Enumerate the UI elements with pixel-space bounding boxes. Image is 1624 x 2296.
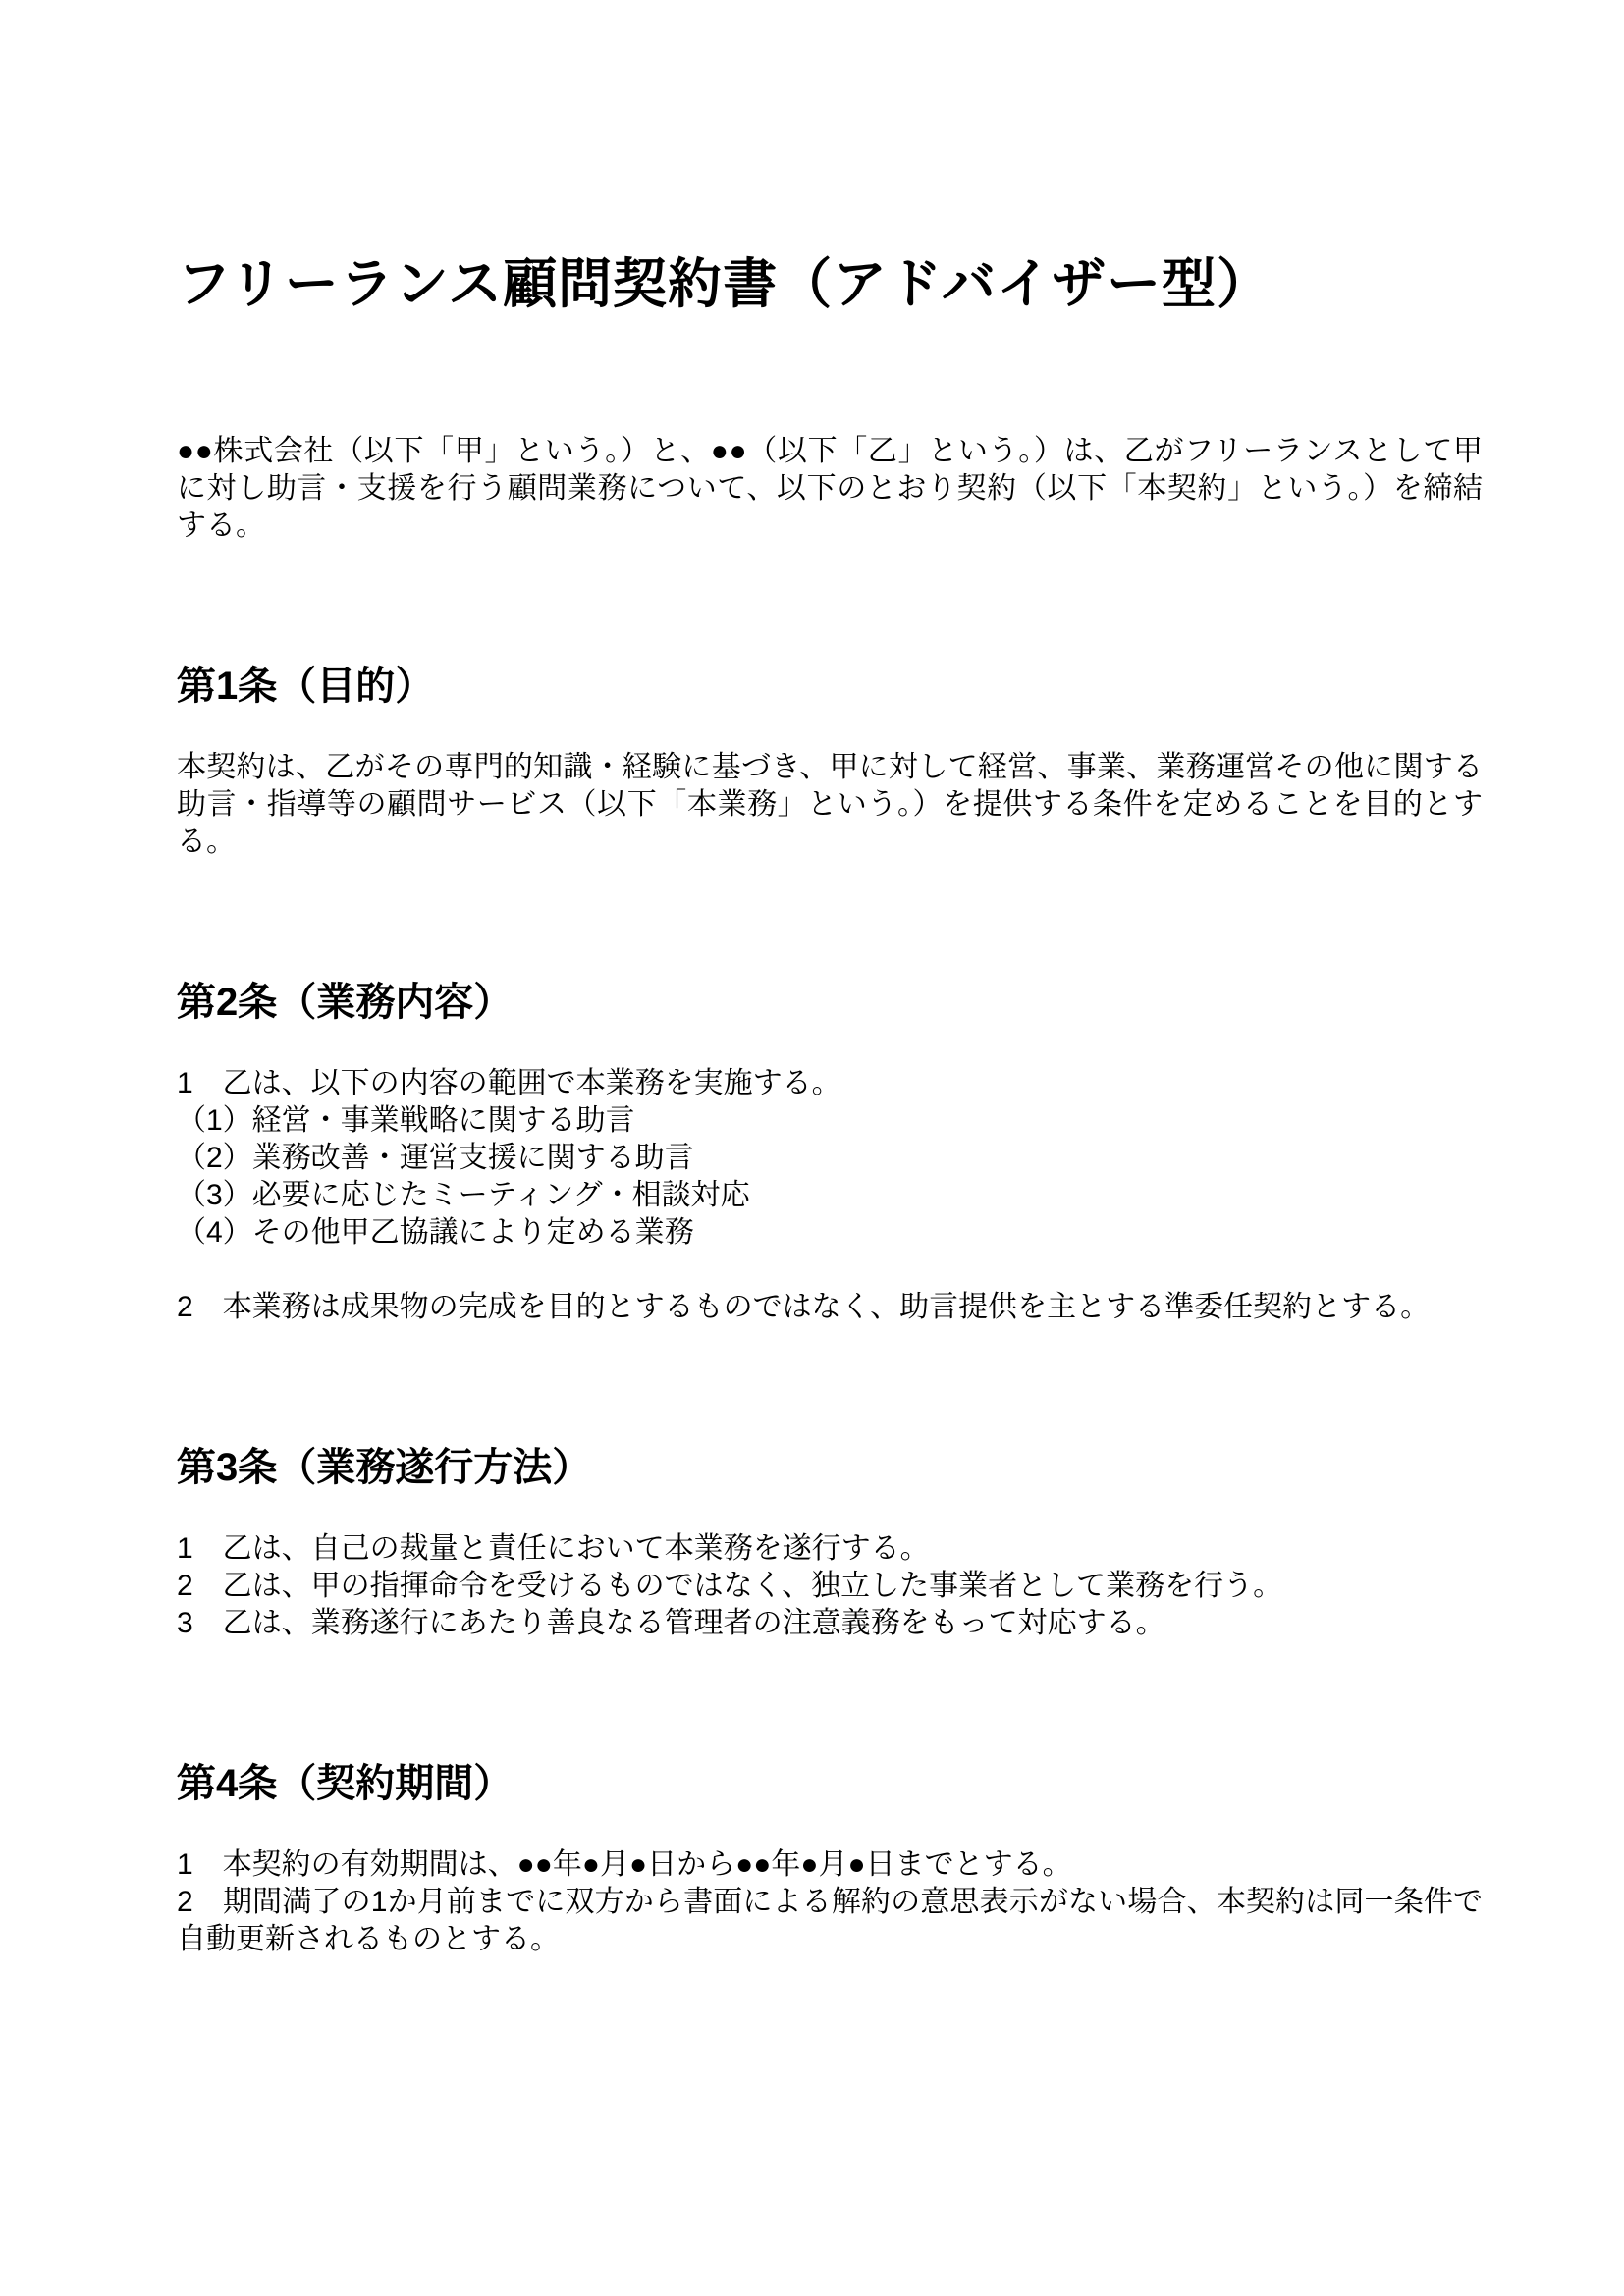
article-3-heading: 第3条（業務遂行方法） xyxy=(177,1442,1483,1493)
document-title: フリーランス顧問契約書（アドバイザー型） xyxy=(177,253,1483,315)
article-4-contract-term: 第4条（契約期間） 1 本契約の有効期間は、●●年●月●日から●●年●月●日まで… xyxy=(177,1758,1483,1958)
article-4-heading: 第4条（契約期間） xyxy=(177,1758,1483,1809)
article-3-clause-2: 2 乙は、甲の指揮命令を受けるものではなく、独立した事業者として業務を行う。 xyxy=(177,1568,1483,1605)
contract-document-page: フリーランス顧問契約書（アドバイザー型） ●●株式会社（以下「甲」という。）と、… xyxy=(0,0,1624,2296)
article-3-clause-1: 1 乙は、自己の裁量と責任において本業務を遂行する。 xyxy=(177,1530,1483,1568)
article-2-clause-2: 2 本業務は成果物の完成を目的とするものではなく、助言提供を主とする準委任契約と… xyxy=(177,1289,1483,1326)
article-2-scope-of-services: 第2条（業務内容） 1 乙は、以下の内容の範囲で本業務を実施する。 （1）経営・… xyxy=(177,977,1483,1326)
article-2-clause-1-item-1: （1）経営・事業戦略に関する助言 xyxy=(177,1102,1483,1140)
article-3-performance-method: 第3条（業務遂行方法） 1 乙は、自己の裁量と責任において本業務を遂行する。 2… xyxy=(177,1442,1483,1642)
article-2-clause-1-item-4: （4）その他甲乙協議により定める業務 xyxy=(177,1214,1483,1252)
article-3-clause-3: 3 乙は、業務遂行にあたり善良なる管理者の注意義務をもって対応する。 xyxy=(177,1605,1483,1642)
article-2-clause-1-item-2: （2）業務改善・運営支援に関する助言 xyxy=(177,1140,1483,1177)
article-1-body: 本契約は、乙がその専門的知識・経験に基づき、甲に対して経営、事業、業務運営その他… xyxy=(177,749,1483,861)
article-1-heading: 第1条（目的） xyxy=(177,661,1483,712)
intro-paragraph: ●●株式会社（以下「甲」という。）と、●●（以下「乙」という。）は、乙がフリーラ… xyxy=(177,433,1483,545)
article-2-clause-1-lead: 1 乙は、以下の内容の範囲で本業務を実施する。 xyxy=(177,1065,1483,1102)
article-1-purpose: 第1条（目的） 本契約は、乙がその専門的知識・経験に基づき、甲に対して経営、事業… xyxy=(177,661,1483,861)
article-4-clause-2: 2 期間満了の1か月前までに双方から書面による解約の意思表示がない場合、本契約は… xyxy=(177,1884,1483,1958)
article-2-clause-1-item-3: （3）必要に応じたミーティング・相談対応 xyxy=(177,1177,1483,1214)
article-4-clause-1: 1 本契約の有効期間は、●●年●月●日から●●年●月●日までとする。 xyxy=(177,1846,1483,1884)
article-2-heading: 第2条（業務内容） xyxy=(177,977,1483,1028)
